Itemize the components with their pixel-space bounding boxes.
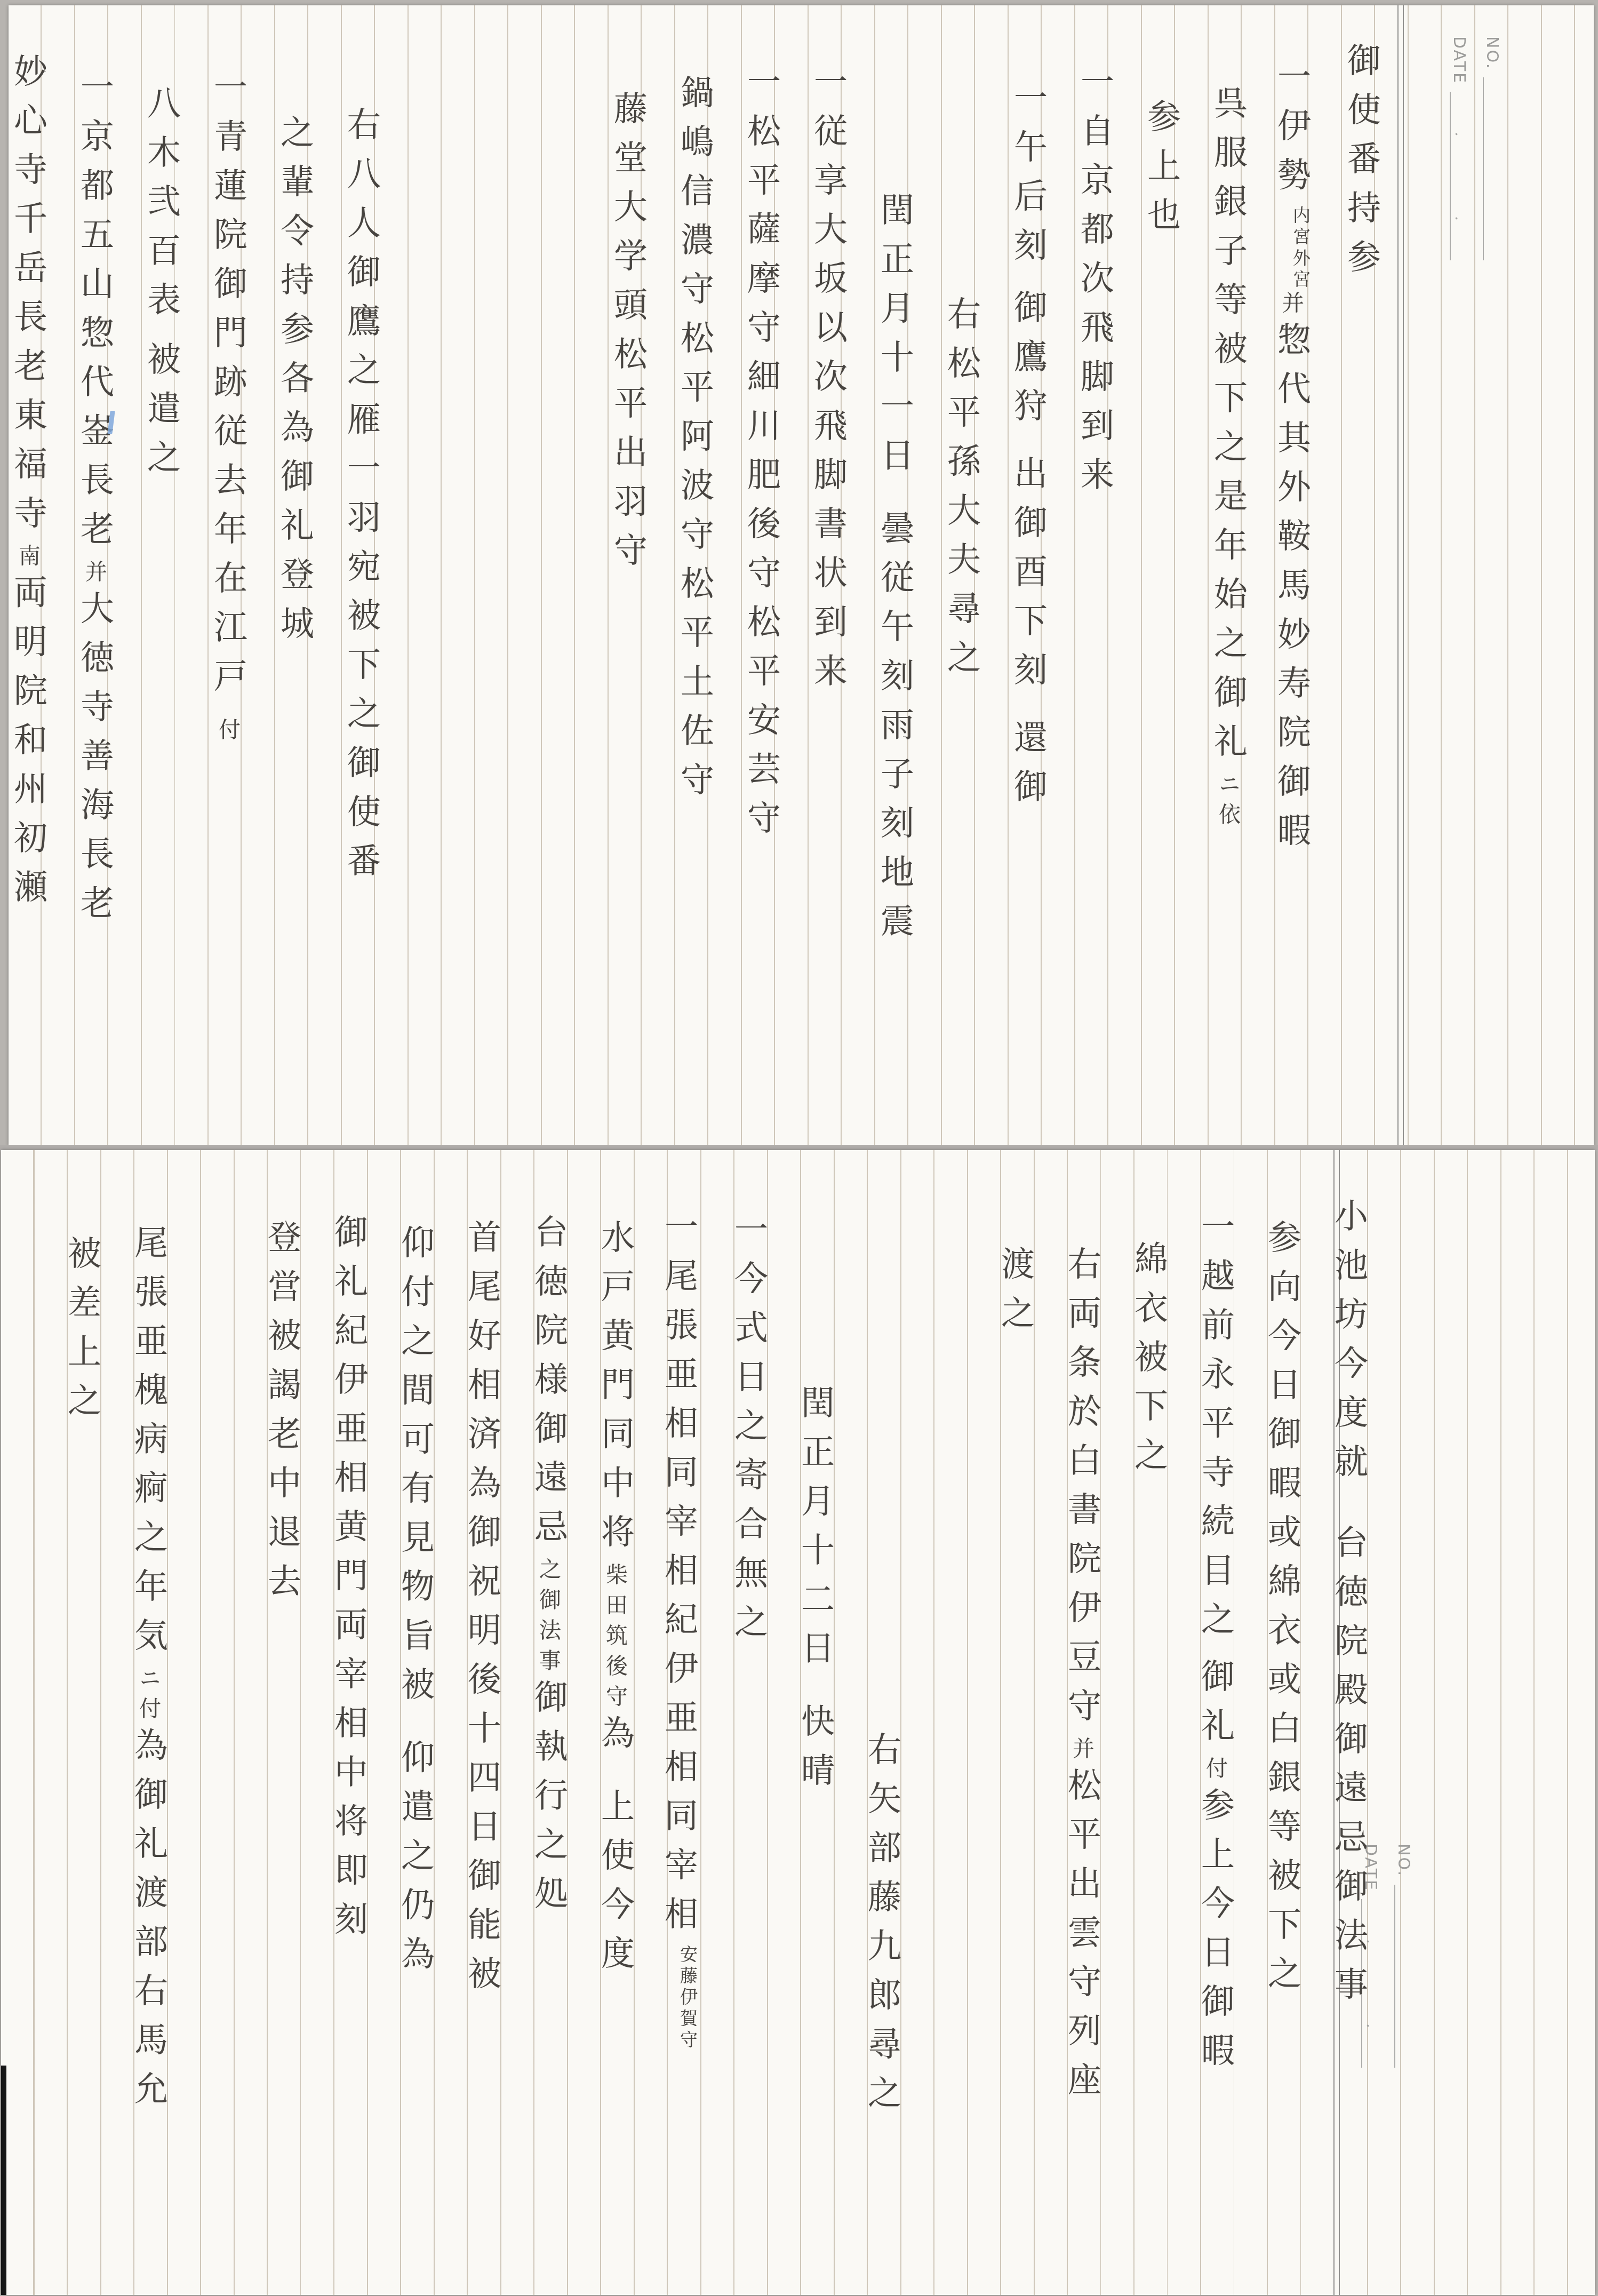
handwritten-text: 右両条於白書院伊豆守 [1062,1246,1101,1737]
handwritten-text: 被遣之 [142,341,181,489]
handwritten-text: 快晴 [796,1703,835,1801]
handwritten-text: 曇従午刻雨子刻地震 [875,511,914,952]
text-column: 右矢部藤九郎尋之 [837,1732,899,2124]
margin-double-rule [1397,5,1404,1146]
text-column: 参向今日御暇或綿衣或白銀等被下之 [1237,1219,1299,2005]
handwritten-text: 右八人御鷹之雁一羽宛被下之御使番 [342,107,381,892]
note-line: 安藤 [677,1945,698,1988]
handwritten-text: 参上也 [1142,99,1181,246]
honorific-gap [1348,1493,1349,1525]
text-column: 御使番持参 [1316,43,1378,288]
text-column: 御礼紀伊亜相黄門両宰相中将即刻 [303,1214,365,1950]
handwritten-text: 為 [596,1715,635,1764]
handwritten-text: 一越前永平寺続目之 [1196,1209,1235,1651]
handwritten-text: 尾張亜槐病痾之年気 [129,1225,168,1667]
handwritten-text: 出御酉下刻 [1009,456,1048,701]
text-column: 被差上之 [37,1235,99,1432]
text-column: 閏正月十二日快晴 [770,1385,832,1801]
handwritten-text: 水戸黄門同中将 [596,1219,635,1563]
text-column: 之輩令持参各為御礼登城 [250,115,311,655]
honorific-gap [1027,276,1028,290]
handwritten-text: 御使番持参 [1342,43,1381,288]
date-line: ・・ [1450,92,1469,260]
no-line [1394,1885,1413,2068]
handwritten-text: 小池坊今度就 [1329,1198,1368,1493]
interlinear-note: 内宮外宮 [1289,206,1312,291]
text-column: 登営被謁老中退去 [237,1219,299,1612]
honorific-gap [414,1716,416,1740]
handwritten-text: 付 [1202,1757,1228,1787]
text-column: 小池坊今度就台徳院殿御遠忌御法事 [1304,1198,1365,2015]
handwritten-text: 一伊勢 [1272,59,1311,206]
text-column: 一京都五山惣代崟長老并大徳寺善海長老 [50,69,111,934]
handwritten-text: 台徳院様御遠忌 [529,1214,568,1558]
handwritten-text: 上使今度 [596,1788,635,1984]
honorific-gap [614,1764,616,1788]
date-label: DATE [1450,36,1468,84]
text-column: 綿衣被下之 [1104,1241,1165,1486]
handwritten-text: 御礼紀伊亜相黄門両宰相中将即刻 [329,1214,368,1950]
text-column: 一青蓮院御門跡従去年在江戸付 [183,69,245,748]
handwritten-text: 御礼 [1196,1659,1235,1757]
handwritten-text: 御鷹狩 [1009,290,1048,437]
note-line: 伊賀守 [677,1988,698,2052]
handwritten-text: 松平出雲守列座 [1062,1767,1101,2111]
handwritten-text: 并 [1279,291,1304,322]
handwritten-text: 南 [15,544,41,575]
honorific-gap [1027,437,1028,456]
handwritten-text: 一午后刻 [1009,80,1048,276]
text-column: 仰付之間可有見物旨被仰遣之仍為 [370,1225,432,1985]
text-column: 一今式日之寄合無之 [704,1211,765,1653]
handwritten-text: 一松平薩摩守細川肥後守松平安芸守 [742,64,781,849]
handwritten-text: ニ依 [1215,772,1241,833]
text-column: 首尾好相済為御祝明後十四日御能被 [437,1219,499,2005]
handwritten-text: 妙心寺千岳長老東福寺 [9,53,47,544]
text-column: 台徳院様御遠忌之御法事御執行之処 [504,1214,565,1925]
scanned-manuscript: { "page1": { "header": { "no_label": "NO… [0,0,1598,2296]
note-line: 内宮 [1290,206,1311,249]
text-column: 八木弐百表被遣之 [116,85,178,489]
text-column: 右八人御鷹之雁一羽宛被下之御使番 [316,107,378,892]
no-label: NO. [1394,1844,1413,1877]
text-column: 渡之 [970,1246,1032,1344]
handwritten-text: 閏正月十二日 [796,1385,835,1679]
handwritten-text: 還御 [1009,720,1048,818]
handwritten-text: 首尾好相済為御祝明後十四日御能被 [462,1219,501,2005]
text-column: 呉服銀子等被下之是年始之御礼ニ依 [1183,85,1245,833]
text-column: 参上也 [1116,99,1178,246]
handwritten-text: 大徳寺善海長老 [75,591,114,934]
page-seam [0,1145,1598,1150]
text-column: 藤堂大学頭松平出羽守 [583,91,645,581]
handwritten-text: 綿衣被下之 [1129,1241,1168,1486]
honorific-gap [1027,701,1028,720]
text-column: 一午后刻御鷹狩出御酉下刻還御 [983,80,1045,818]
handwritten-text: 一尾張亜相同宰相紀伊亜相同宰相 [659,1209,698,1945]
handwritten-text: 仰付之間可有見物旨被 [396,1225,435,1716]
text-column: 一尾張亜相同宰相紀伊亜相同宰相安藤伊賀守 [637,1209,699,2052]
text-column: 右松平孫大夫尋之 [916,296,978,689]
text-column: 一松平薩摩守細川肥後守松平安芸守 [716,64,778,849]
page-2-scan: NO. DATE ・・ 小池坊今度就台徳院殿御遠忌御法事参向今日御暇或綿衣或白銀… [1,1150,1595,2295]
handwritten-text: 之御法事 [536,1558,561,1679]
text-column: 鍋嶋信濃守松平阿波守松平土佐守 [650,75,712,811]
honorific-gap [227,707,228,718]
handwritten-text: 八木弐百表 [142,85,181,331]
handwritten-text: ニ付 [135,1667,161,1727]
text-column: 水戸黄門同中将柴田筑後守為上使今度 [570,1219,632,1984]
page-1-scan: NO. DATE ・・ 御使番持参一伊勢内宮外宮并惣代其外鞍馬妙寿院御暇呉服銀子… [9,5,1594,1146]
interlinear-note: 安藤伊賀守 [676,1945,699,2052]
handwritten-text: 右松平孫大夫尋之 [942,296,981,689]
no-row: NO. [1483,36,1502,260]
handwritten-text: 鍋嶋信濃守松平阿波守松平土佐守 [675,75,714,811]
handwritten-text: 一青蓮院御門跡従去年在江戸 [209,69,247,707]
handwritten-text: 為御礼渡部右馬允 [129,1727,168,2120]
handwritten-text: 一従享大坂以次飛脚書状到来 [809,64,848,702]
handwritten-text: 呉服銀子等被下之是年始之御礼 [1209,85,1248,772]
handwritten-text: 一自京都次飛脚到来 [1075,64,1114,506]
honorific-gap [161,331,162,341]
text-column: 妙心寺千岳長老東福寺南両明院和州初瀬 [0,53,45,918]
handwritten-text: 并 [1069,1737,1094,1767]
handwritten-text: 両明院和州初瀬 [9,575,47,918]
handwritten-text: 付 [215,718,241,748]
date-dot: ・ [1451,128,1461,140]
text-column: 一従享大坂以次飛脚書状到来 [783,64,845,702]
text-column: 閏正月十一日曇従午刻雨子刻地震 [850,192,912,952]
handwritten-text: 参上今日御暇 [1196,1787,1235,2082]
no-line [1483,77,1502,260]
text-column: 一自京都次飛脚到来 [1050,64,1112,506]
text-column: 一伊勢内宮外宮并惣代其外鞍馬妙寿院御暇 [1250,59,1312,862]
handwritten-text: 之輩令持参各為御礼登城 [275,115,314,655]
date-dot: ・ [1362,2020,1373,2032]
handwritten-text: 台徳院殿御遠忌御法事 [1329,1525,1368,2015]
handwritten-text: 被差上之 [62,1235,101,1432]
handwritten-text: 一京都五山惣代崟長老 [75,69,114,560]
honorific-gap [814,1679,816,1703]
honorific-gap [894,487,895,511]
handwritten-text: 渡之 [996,1246,1035,1344]
handwritten-text: 御執行之処 [529,1679,568,1925]
date-row: DATE ・・ [1450,36,1469,260]
no-label: NO. [1483,36,1501,70]
handwritten-text: 右矢部藤九郎尋之 [862,1732,901,2124]
handwritten-text: 惣代其外鞍馬妙寿院御暇 [1272,322,1311,862]
honorific-gap [1215,1651,1216,1659]
handwritten-text: 閏正月十一日 [875,192,914,487]
note-line: 外宮 [1290,249,1311,291]
handwritten-text: 参向今日御暇或綿衣或白銀等被下之 [1263,1219,1301,2005]
date-dot: ・ [1451,212,1461,225]
no-row: NO. [1394,1844,1413,2068]
handwritten-text: 登営被謁老中退去 [262,1219,301,1612]
handwritten-text: 一今式日之寄合無之 [729,1211,768,1653]
handwritten-text: 仰遣之仍為 [396,1740,435,1985]
handwritten-text: 藤堂大学頭松平出羽守 [609,91,648,581]
handwritten-text: 柴田筑後守 [602,1563,628,1715]
text-column: 一越前永平寺続目之御礼付参上今日御暇 [1170,1209,1232,2082]
text-column: 右両条於白書院伊豆守并松平出雲守列座 [1037,1246,1099,2111]
text-column: 尾張亜槐病痾之年気ニ付為御礼渡部右馬允 [103,1225,165,2120]
handwritten-text: 并 [82,560,107,591]
page-header: NO. DATE ・・ [1436,36,1502,260]
scan-edge-artifact [1,2066,6,2295]
